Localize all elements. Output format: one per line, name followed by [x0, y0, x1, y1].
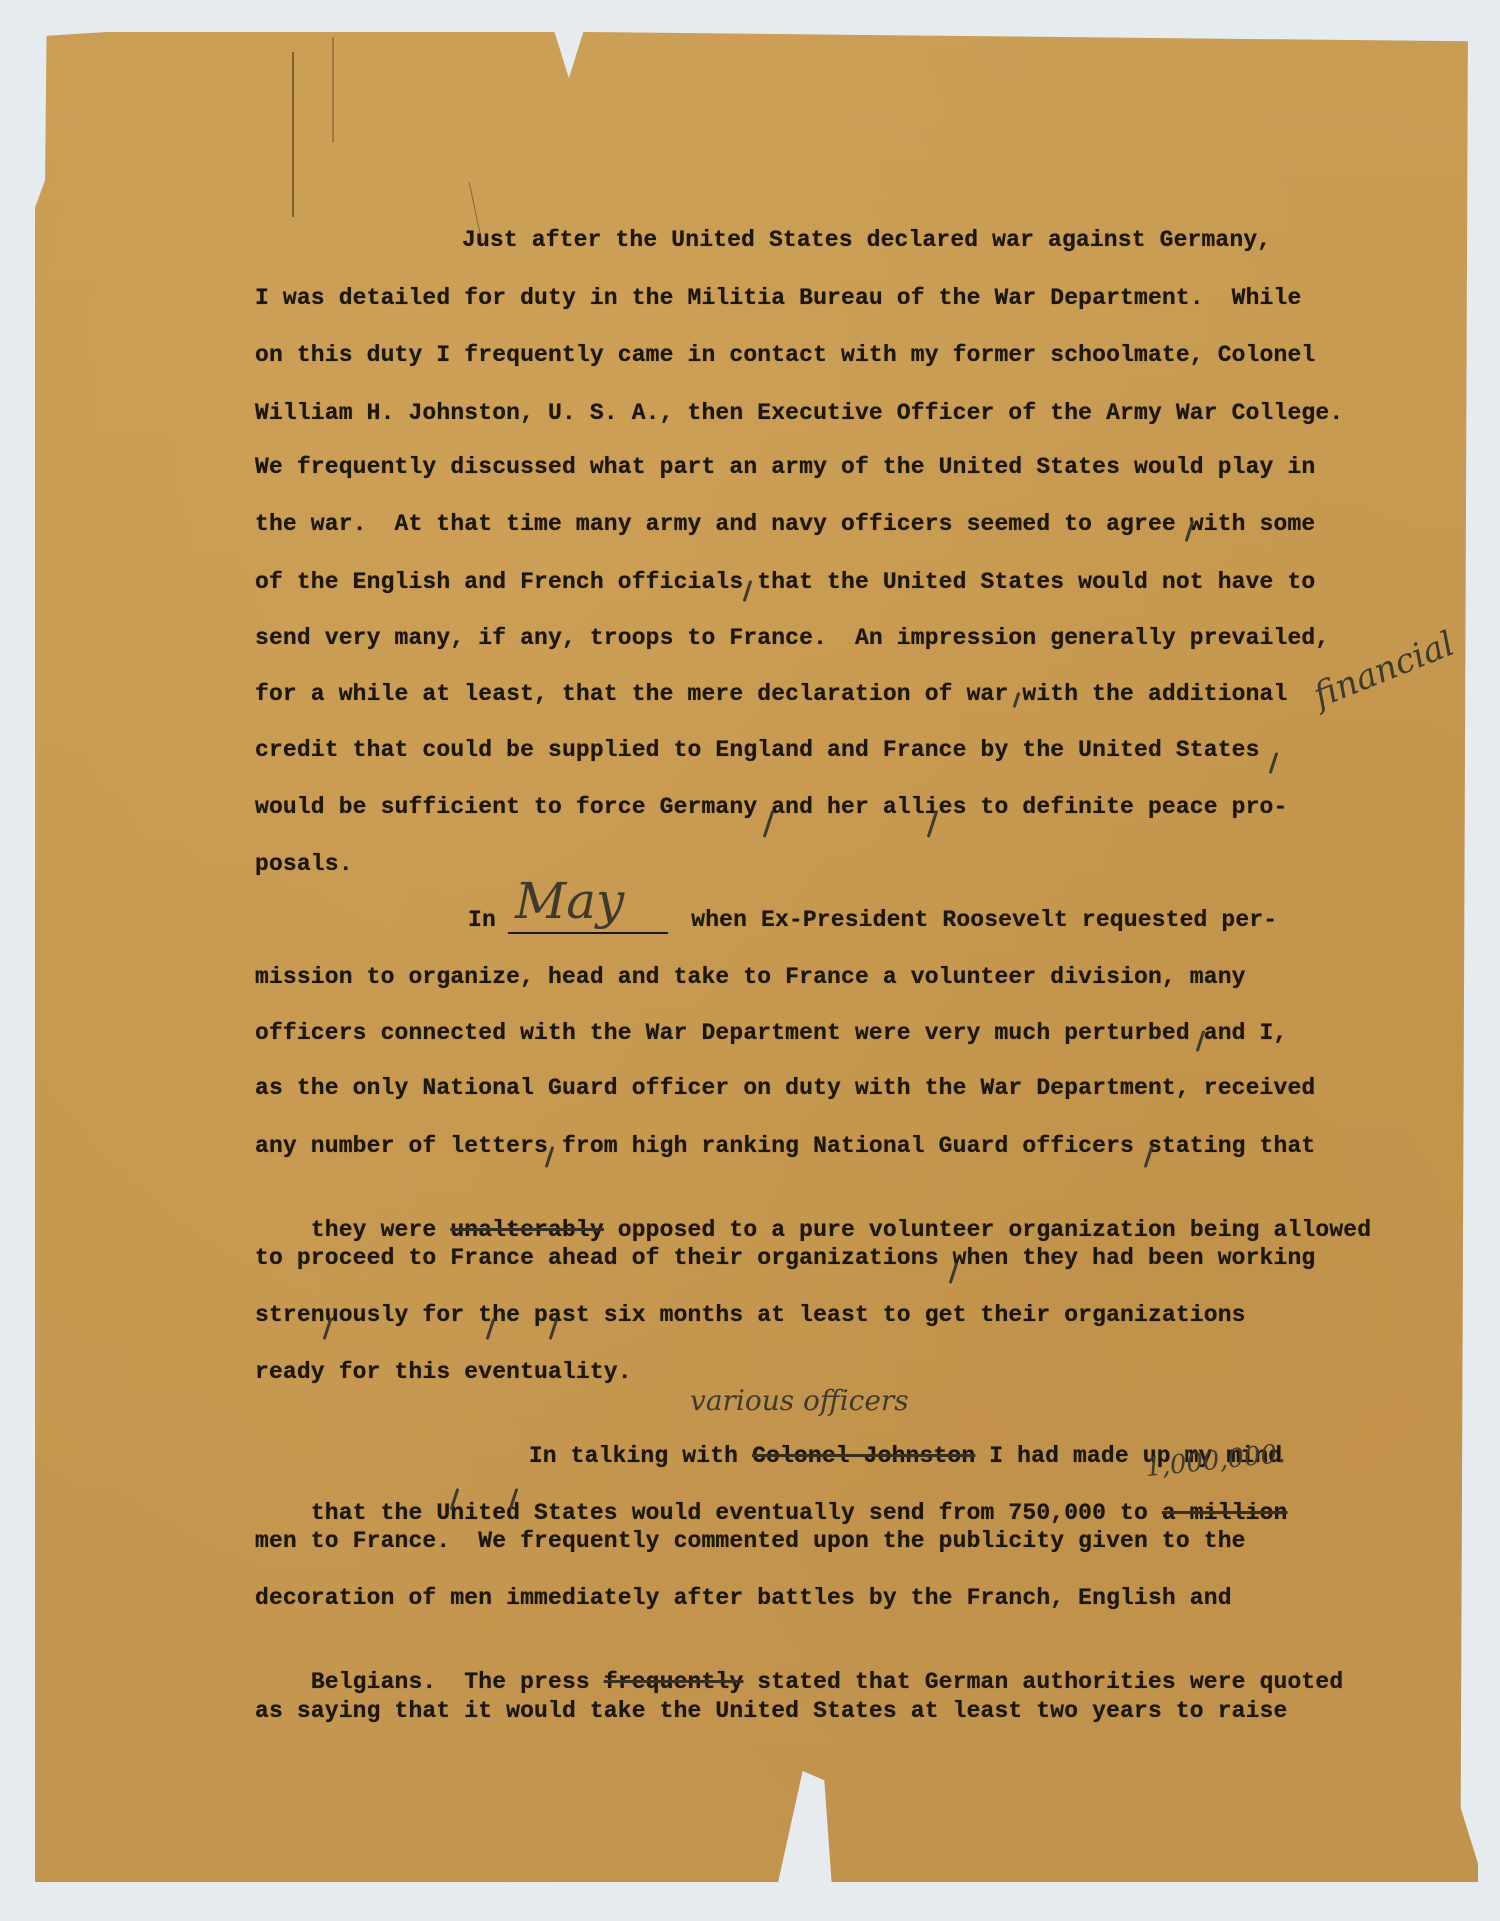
text-segment: Belgians. The press	[311, 1669, 604, 1695]
text-line: the war. At that time many army and navy…	[255, 510, 1315, 538]
text-line: on this duty I frequently came in contac…	[255, 341, 1315, 369]
struck-word: frequently	[604, 1669, 744, 1695]
text-line: to proceed to France ahead of their orga…	[255, 1244, 1315, 1272]
text-line: as saying that it would take the United …	[255, 1697, 1287, 1725]
text-line: I was detailed for duty in the Militia B…	[255, 284, 1301, 312]
handwritten-various-officers: various officers	[690, 1384, 909, 1417]
text-line: decoration of men immediately after batt…	[255, 1584, 1232, 1612]
struck-word: a million	[1162, 1500, 1288, 1526]
text-segment: opposed to a pure volunteer organization…	[604, 1217, 1371, 1243]
text-segment: stated that German authorities were quot…	[743, 1669, 1343, 1695]
text-line: send very many, if any, troops to France…	[255, 624, 1329, 652]
text-line: men to France. We frequently commented u…	[255, 1527, 1246, 1555]
text-line: strenuously for the past six months at l…	[255, 1301, 1246, 1329]
struck-word: unalterably	[450, 1217, 603, 1243]
handwritten-may: May	[515, 872, 624, 930]
text-line: of the English and French officials that…	[255, 568, 1315, 596]
text-line: We frequently discussed what part an arm…	[255, 453, 1315, 481]
struck-word: Colonel Johnston	[752, 1443, 975, 1469]
text-line: officers connected with the War Departme…	[255, 1019, 1287, 1047]
text-line: any number of letters from high ranking …	[255, 1132, 1315, 1160]
text-line: ready for this eventuality.	[255, 1358, 632, 1386]
fill-in-blank	[508, 932, 668, 934]
crease-mark	[292, 52, 294, 217]
text-line: credit that could be supplied to England…	[255, 736, 1260, 764]
text-line: as the only National Guard officer on du…	[255, 1074, 1315, 1102]
text-line: William H. Johnston, U. S. A., then Exec…	[255, 399, 1343, 427]
text-line: Just after the United States declared wa…	[462, 226, 1271, 254]
crease-mark	[332, 37, 334, 142]
text-line: posals.	[255, 850, 353, 878]
text-line: mission to organize, head and take to Fr…	[255, 963, 1246, 991]
text-segment: that the United States would eventually …	[311, 1500, 1162, 1526]
text-line: for a while at least, that the mere decl…	[255, 680, 1287, 708]
text-segment: In talking with	[529, 1443, 752, 1469]
text-segment: they were	[311, 1217, 451, 1243]
